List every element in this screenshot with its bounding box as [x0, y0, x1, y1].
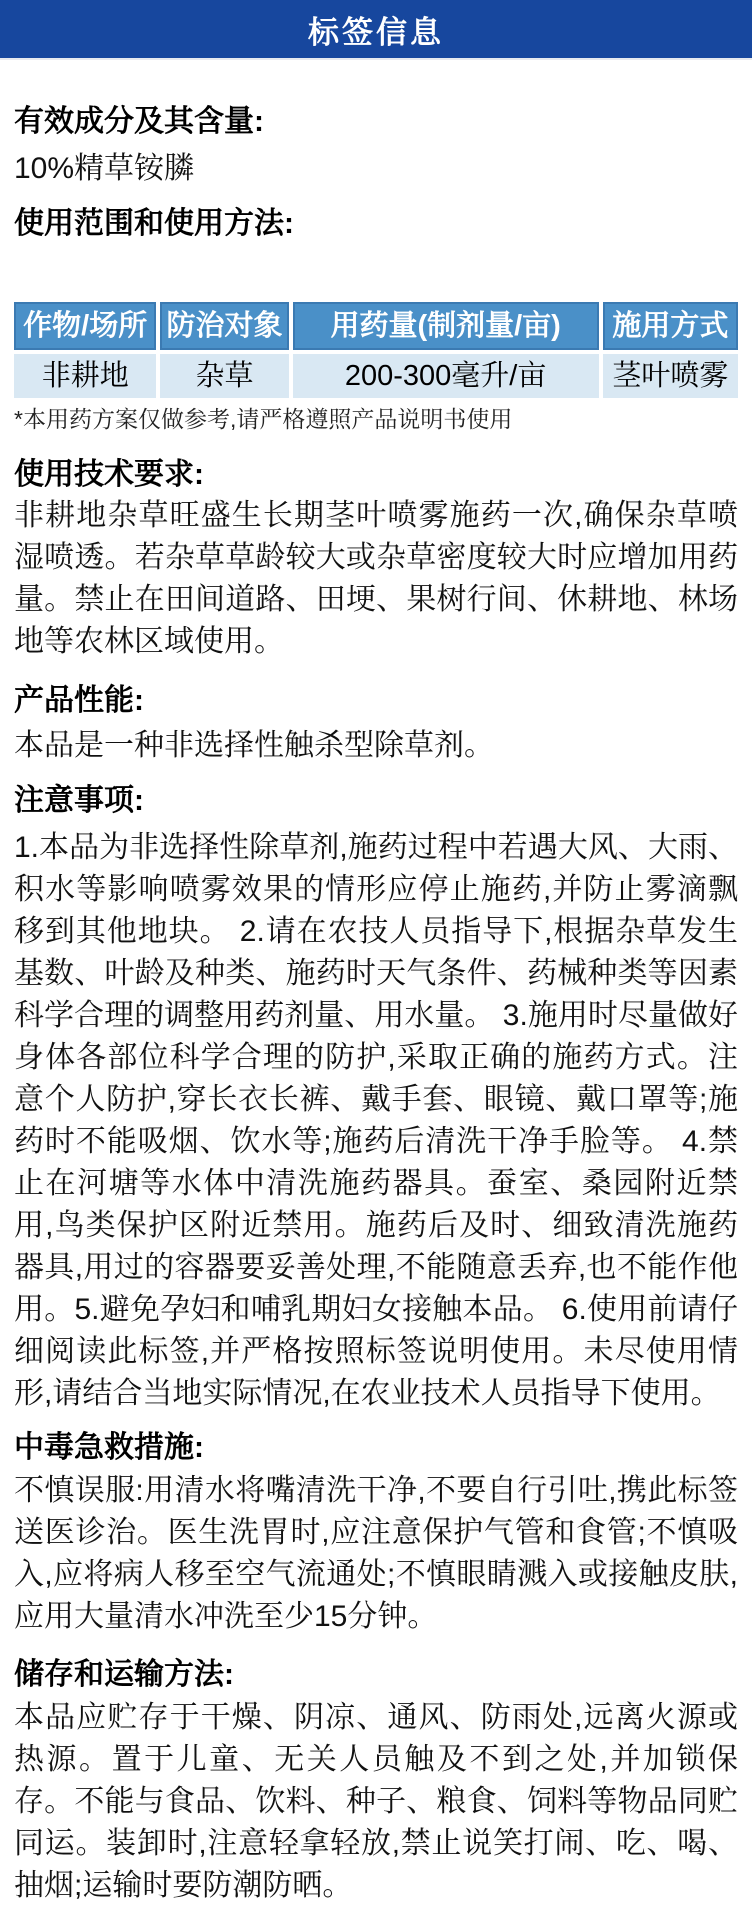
page-title: 标签信息	[308, 7, 444, 52]
usage-table-cell-crop: 非耕地	[14, 354, 156, 398]
section-heading-technical-requirements: 使用技术要求:	[14, 457, 738, 493]
section-heading-usage-scope: 使用范围和使用方法:	[14, 206, 738, 242]
usage-table-data-row: 非耕地 杂草 200-300毫升/亩 茎叶喷雾	[14, 354, 738, 398]
section-heading-precautions: 注意事项:	[14, 783, 738, 819]
usage-table-cell-target: 杂草	[160, 354, 288, 398]
usage-table-cell-dosage: 200-300毫升/亩	[293, 354, 599, 398]
section-heading-first-aid: 中毒急救措施:	[14, 1430, 738, 1466]
usage-table-header-method: 施用方式	[603, 302, 738, 350]
label-content: 有效成分及其含量: 10%精草铵膦 使用范围和使用方法: 作物/场所 防治对象 …	[0, 104, 752, 1917]
usage-table-header-dosage: 用药量(制剂量/亩)	[293, 302, 599, 350]
usage-table-header-crop: 作物/场所	[14, 302, 156, 350]
section-heading-storage-transport: 储存和运输方法:	[14, 1657, 738, 1693]
technical-requirements-text: 非耕地杂草旺盛生长期茎叶喷雾施药一次,确保杂草喷湿喷透。若杂草草龄较大或杂草密度…	[14, 495, 738, 663]
first-aid-text: 不慎误服:用清水将嘴清洗干净,不要自行引吐,携此标签送医诊治。医生洗胃时,应注意…	[14, 1470, 738, 1638]
usage-table-header-row: 作物/场所 防治对象 用药量(制剂量/亩) 施用方式	[14, 302, 738, 350]
usage-table: 作物/场所 防治对象 用药量(制剂量/亩) 施用方式 非耕地 杂草 200-30…	[10, 298, 742, 402]
active-ingredient-value: 10%精草铵膦	[14, 148, 738, 190]
label-info-page: 标签信息 有效成分及其含量: 10%精草铵膦 使用范围和使用方法: 作物/场所 …	[0, 0, 752, 1917]
section-heading-product-performance: 产品性能:	[14, 683, 738, 719]
storage-transport-text: 本品应贮存于干燥、阴凉、通风、防雨处,远离火源或热源。置于儿童、无关人员触及不到…	[14, 1697, 738, 1907]
section-heading-active-ingredient: 有效成分及其含量:	[14, 104, 738, 140]
product-performance-text: 本品是一种非选择性触杀型除草剂。	[14, 725, 738, 767]
usage-table-cell-method: 茎叶喷雾	[603, 354, 738, 398]
usage-table-header-target: 防治对象	[160, 302, 288, 350]
usage-table-note: *本用药方案仅做参考,请严格遵照产品说明书使用	[14, 406, 738, 432]
page-banner: 标签信息	[0, 0, 752, 60]
precautions-text: 1.本品为非选择性除草剂,施药过程中若遇大风、大雨、积水等影响喷雾效果的情形应停…	[14, 827, 738, 1415]
